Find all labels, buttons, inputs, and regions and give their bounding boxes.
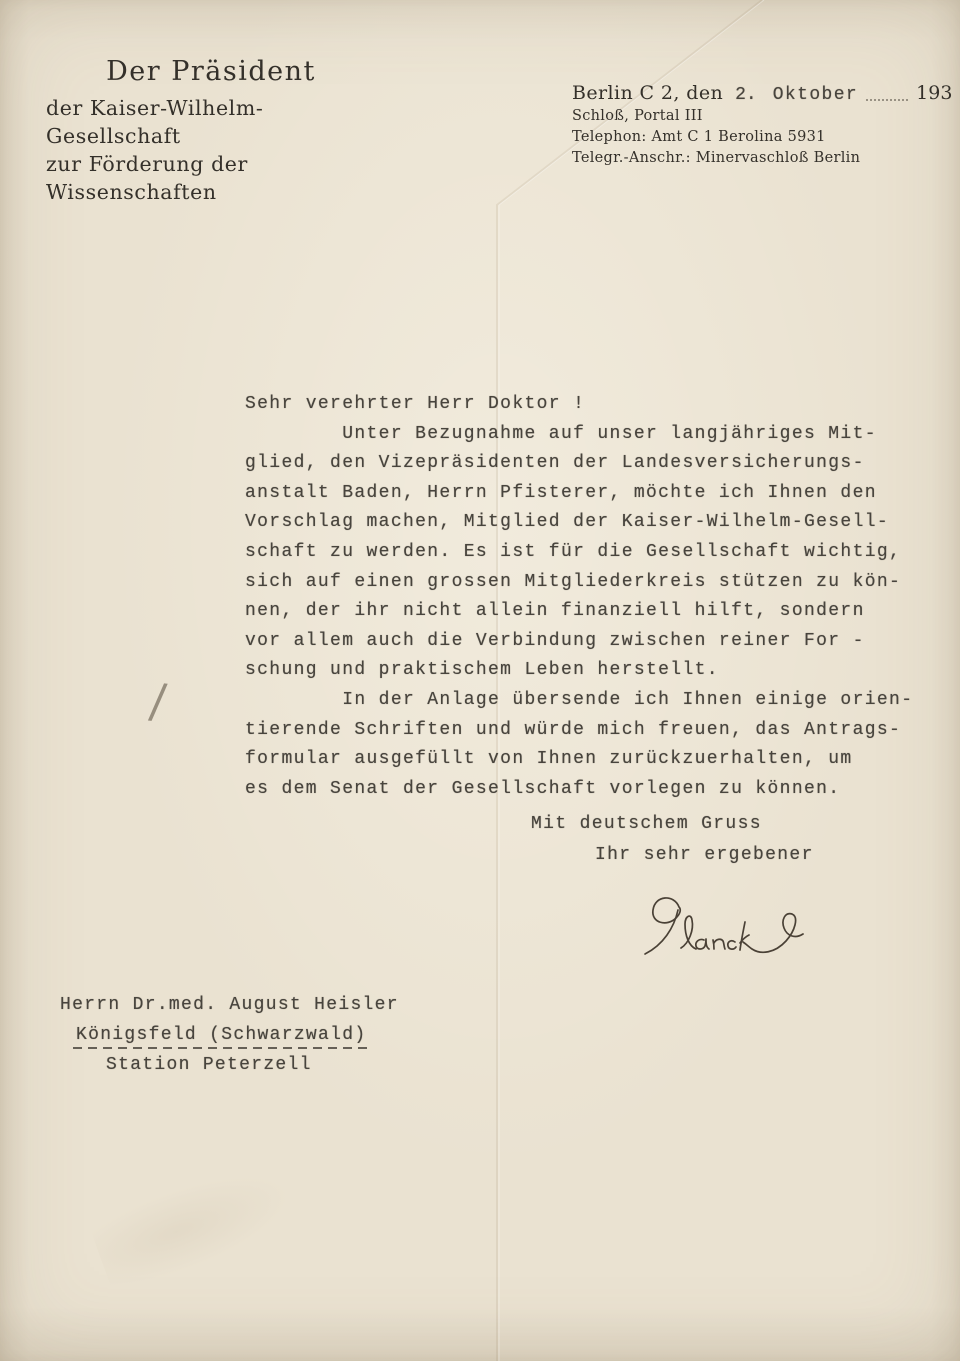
body-line: In der Anlage übersende ich Ihnen einige… <box>245 686 913 716</box>
body-line: es dem Senat der Gesellschaft vorlegen z… <box>245 775 913 805</box>
letterhead-telegraph-line: Telegr.-Anschr.: Minervaschloß Berlin <box>572 150 960 168</box>
letterhead-office-line: Schloß, Portal III <box>572 108 960 126</box>
body-line: tierende Schriften und würde mich freuen… <box>245 716 913 746</box>
closing-valediction: Ihr sehr ergebener <box>595 845 814 865</box>
letterhead-org-line-1: der Kaiser-Wilhelm-Gesellschaft <box>46 94 376 150</box>
date-line: Berlin C 2, den 2. Oktober 193 6 <box>572 82 960 105</box>
letterhead-sender-block: Der Präsident der Kaiser-Wilhelm-Gesells… <box>46 56 376 206</box>
body-line: schaft zu werden. Es ist für die Gesells… <box>245 538 913 568</box>
body-line: glied, den Vizepräsidenten der Landesver… <box>245 449 913 479</box>
recipient-town-underlined: Königsfeld (Schwarzwald) <box>76 1020 366 1050</box>
letterhead-title: Der Präsident <box>46 56 376 87</box>
recipient-address-block: Herrn Dr.med. August Heisler Königsfeld … <box>60 990 399 1080</box>
date-month-typed: Oktober <box>773 85 858 105</box>
signature-planck <box>634 892 809 964</box>
letter-page: Der Präsident der Kaiser-Wilhelm-Gesells… <box>0 0 960 1361</box>
paper-scuff-mark <box>87 1153 302 1297</box>
body-line: schung und praktischem Leben herstellt. <box>245 656 913 686</box>
body-line: nen, der ihr nicht allein finanziell hil… <box>245 597 913 627</box>
recipient-name: Herrn Dr.med. August Heisler <box>60 990 399 1020</box>
letterhead-org-line-2: zur Förderung der Wissenschaften <box>46 150 376 206</box>
recipient-station: Station Peterzell <box>106 1050 399 1080</box>
pencil-margin-mark: / <box>147 673 169 729</box>
letterhead-phone-line: Telephon: Amt C 1 Berolina 5931 <box>572 129 960 147</box>
closing-salutation: Mit deutschem Gruss <box>531 814 762 834</box>
body-line: vor allem auch die Verbindung zwischen r… <box>245 627 913 657</box>
letterhead-contact-block: Berlin C 2, den 2. Oktober 193 6 Schloß,… <box>572 82 960 167</box>
date-dotted-leader <box>866 98 908 101</box>
body-line: Vorschlag machen, Mitglied der Kaiser-Wi… <box>245 508 913 538</box>
body-line: sich auf einen grossen Mitgliederkreis s… <box>245 568 913 598</box>
date-city-printed: Berlin C 2, den <box>572 82 723 104</box>
letter-body: Sehr verehrter Herr Doktor ! Unter Bezug… <box>245 390 913 804</box>
body-line: anstalt Baden, Herrn Pfisterer, möchte i… <box>245 479 913 509</box>
body-line: formular ausgefüllt von Ihnen zurückzuer… <box>245 745 913 775</box>
body-line-salutation: Sehr verehrter Herr Doktor ! <box>245 390 913 420</box>
date-day-typed: 2. <box>735 85 757 105</box>
body-line: Unter Bezugnahme auf unser langjähriges … <box>245 420 913 450</box>
date-year-printed: 193 <box>916 82 952 104</box>
